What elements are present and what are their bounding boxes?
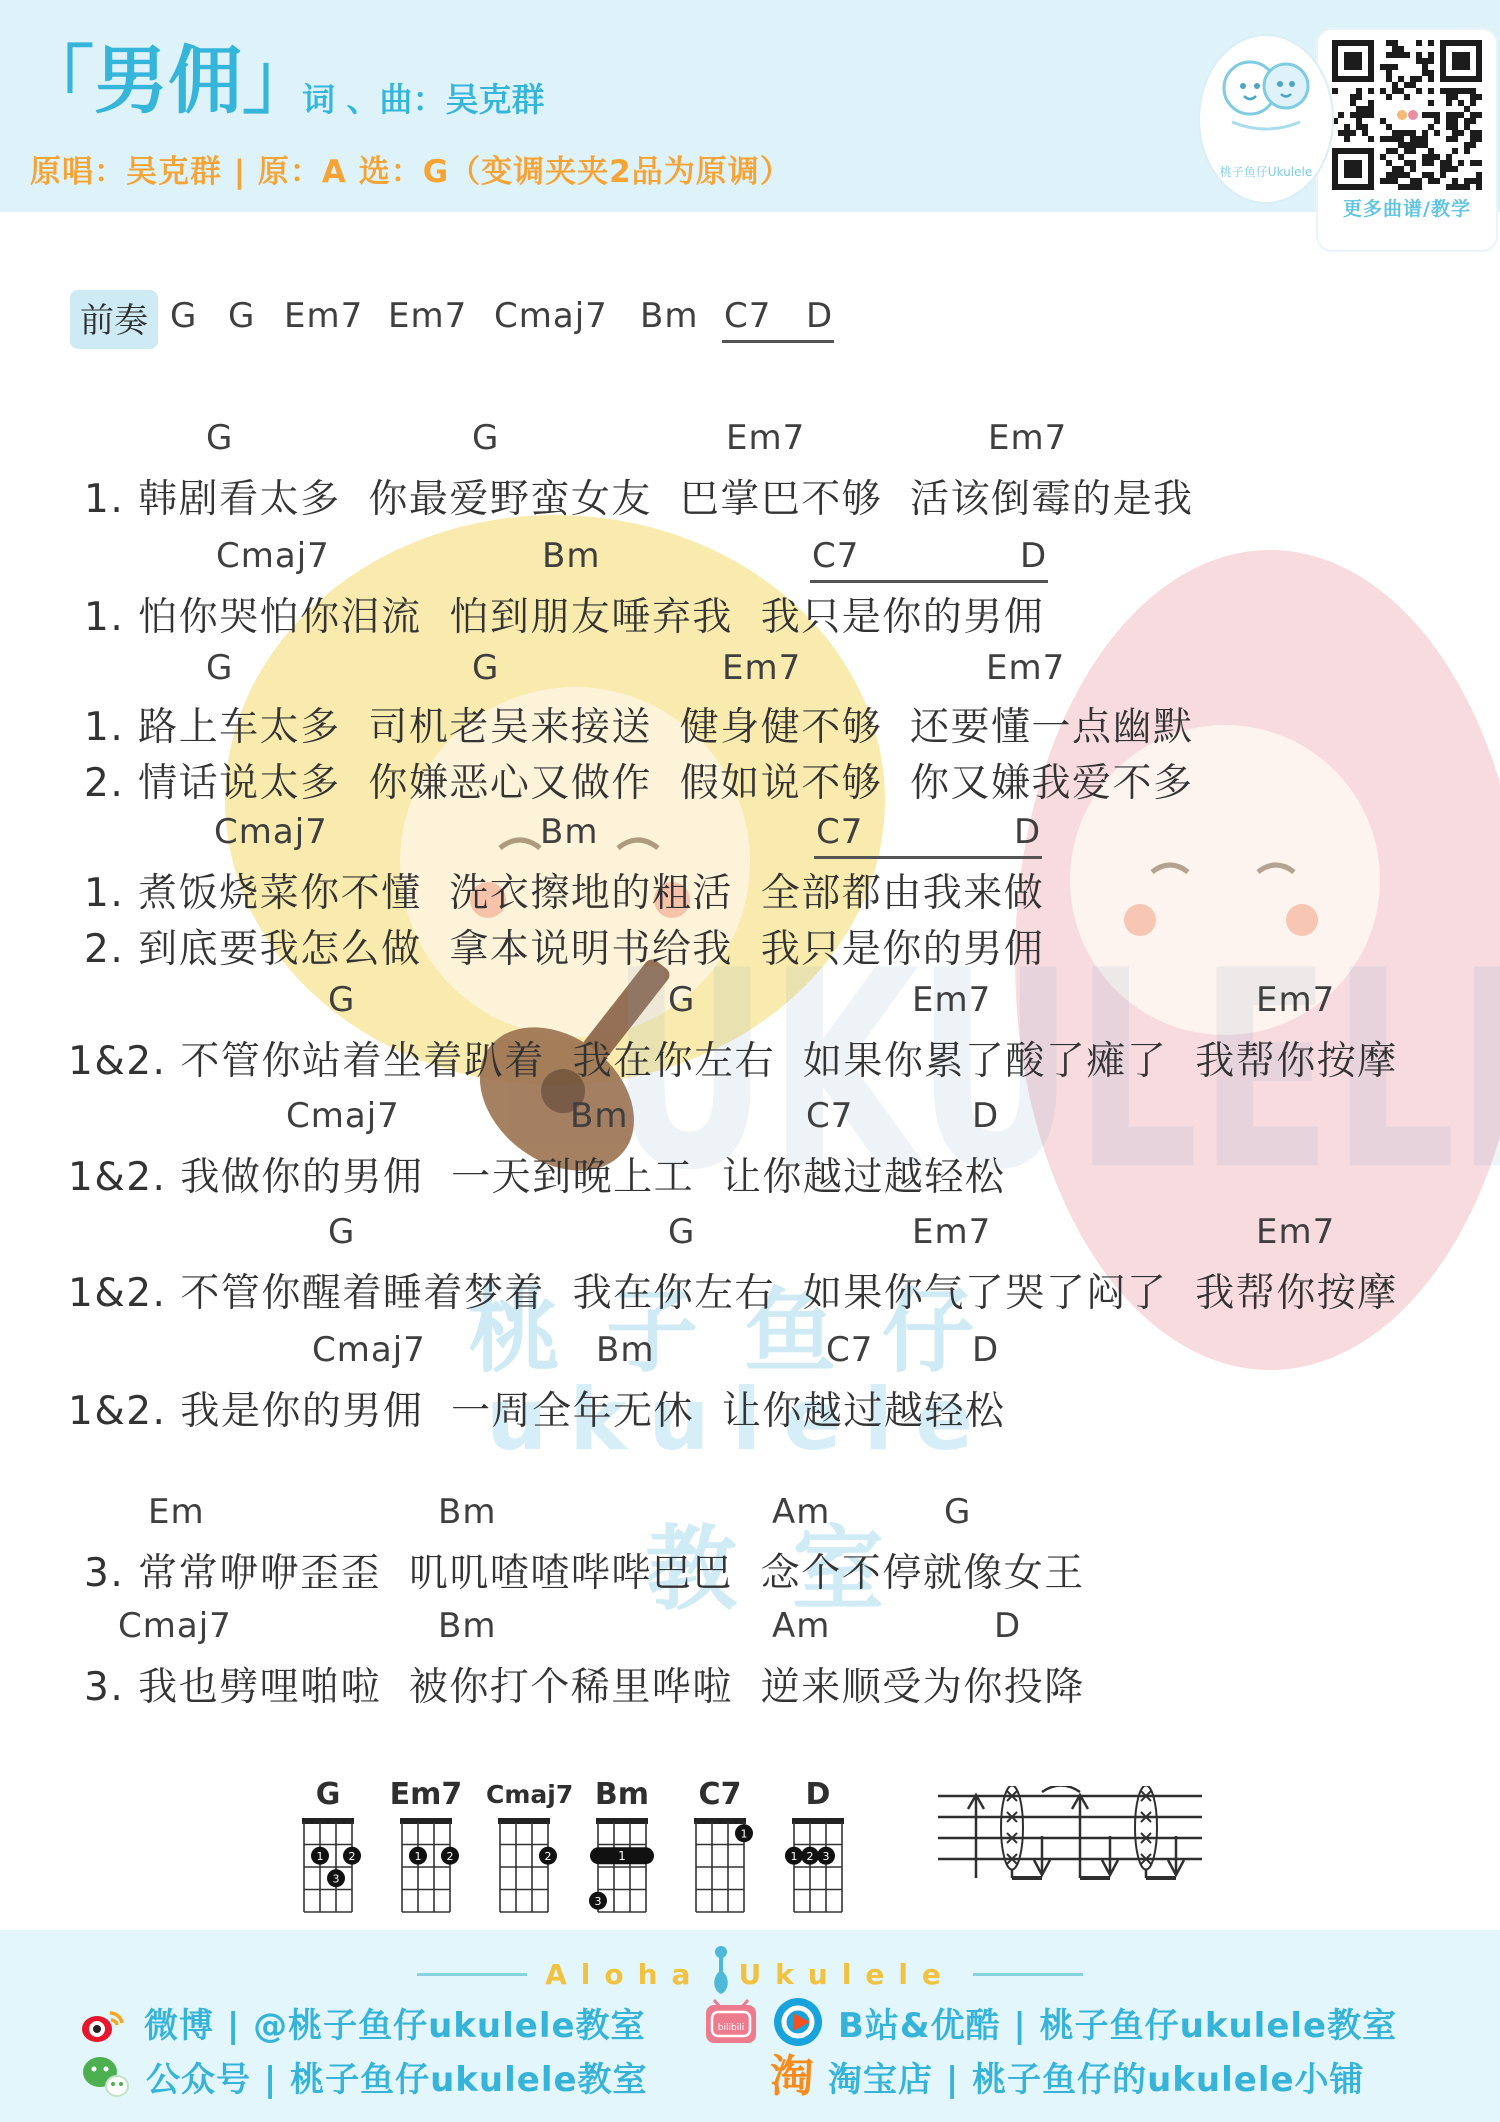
chord-diagram-label: Cmaj7	[486, 1776, 562, 1814]
lyric-line: 1. 路上车太多 司机老吴来接送 健身健不够 还要懂一点幽默	[84, 696, 1194, 752]
chord-label: G	[206, 418, 233, 458]
chord-label: C7	[826, 1330, 873, 1370]
chord-label: Cmaj7	[286, 1096, 400, 1136]
footer-weibo-label: 微博 | @桃子鱼仔ukulele教室	[144, 1998, 646, 2047]
chord-label: Bm	[540, 812, 598, 852]
key-info: 原唱：吴克群 | 原：A 选：G（变调夹夹2品为原调）	[30, 146, 792, 191]
chord-diagram-G: G123	[290, 1776, 366, 1922]
footer-bilibili-youku: bilibili B站&优酷 | 桃子鱼仔ukulele教室	[704, 1996, 1397, 2048]
aloha-dash-left	[417, 1973, 527, 1976]
chord-label: D	[972, 1330, 999, 1370]
chord-label: Am	[772, 1492, 830, 1532]
lyric-line: 3. 常常咿咿歪歪 叽叽喳喳哔哔巴巴 念个不停就像女王	[84, 1542, 1085, 1598]
chord-label: C7	[812, 536, 859, 576]
chord-label: C7	[806, 1096, 853, 1136]
svg-text:1: 1	[791, 1850, 798, 1863]
footer-taobao-label: 淘宝店 | 桃子鱼仔的ukulele小铺	[828, 2052, 1365, 2101]
chord-underline	[722, 340, 834, 343]
chord-label: C7	[816, 812, 863, 852]
svg-text:bilibili: bilibili	[718, 2023, 744, 2033]
chord-label: Am	[772, 1606, 830, 1646]
chord-diagram-Bm: Bm13	[584, 1776, 660, 1922]
lyric-line: 2. 情话说太多 你嫌恶心又做作 假如说不够 你又嫌我爱不多	[84, 752, 1194, 808]
qr-caption: 更多曲谱/教学	[1318, 194, 1496, 221]
chord-label: Em7	[912, 980, 991, 1020]
chord-label: D	[806, 296, 833, 336]
lyric-line: 3. 我也劈哩啪啦 被你打个稀里哗啦 逆来顺受为你投降	[84, 1656, 1085, 1712]
chord-diagram-label: Em7	[388, 1776, 464, 1814]
weibo-icon	[80, 2001, 130, 2045]
lyric-line: 1. 怕你哭怕你泪流 怕到朋友唾弃我 我只是你的男佣	[84, 586, 1044, 642]
chord-label: Em7	[726, 418, 805, 458]
chord-label: Em7	[722, 648, 801, 688]
chord-label: Cmaj7	[118, 1606, 232, 1646]
chord-label: Bm	[640, 296, 698, 336]
aloha-banner: AlohaUkulele	[0, 1946, 1500, 1996]
chord-label: Em7	[1256, 1212, 1335, 1252]
qr-code	[1332, 40, 1482, 190]
lyric-line: 1&2. 我是你的男佣 一周全年无休 让你越过越轻松	[68, 1380, 1005, 1436]
ukulele-icon	[710, 1946, 732, 1996]
svg-text:2: 2	[447, 1850, 454, 1863]
footer-wechat-label: 公众号 | 桃子鱼仔ukulele教室	[146, 2052, 648, 2101]
chord-label: G	[944, 1492, 971, 1532]
chord-diagram-label: D	[780, 1776, 856, 1814]
chord-label: Bm	[438, 1492, 496, 1532]
svg-text:2: 2	[349, 1850, 356, 1863]
chord-underline	[810, 580, 1048, 583]
footer-weibo: 微博 | @桃子鱼仔ukulele教室	[80, 1998, 646, 2047]
chord-label: G	[206, 648, 233, 688]
bilibili-icon: bilibili	[704, 1999, 758, 2045]
chord-label: Cmaj7	[216, 536, 330, 576]
chord-label: D	[972, 1096, 999, 1136]
svg-text:1: 1	[415, 1850, 422, 1863]
chord-label: Em7	[988, 418, 1067, 458]
lyric-line: 1&2. 不管你醒着睡着梦着 我在你左右 如果你气了哭了闷了 我帮你按摩	[68, 1262, 1398, 1318]
footer-bilibili-youku-label: B站&优酷 | 桃子鱼仔ukulele教室	[838, 1998, 1397, 2047]
chord-label: Bm	[596, 1330, 654, 1370]
lyric-line: 1&2. 不管你站着坐着趴着 我在你左右 如果你累了酸了瘫了 我帮你按摩	[68, 1030, 1398, 1086]
chord-label: Bm	[542, 536, 600, 576]
chord-label: C7	[724, 296, 771, 336]
lyric-line: 1. 韩剧看太多 你最爱野蛮女友 巴掌巴不够 活该倒霉的是我	[84, 468, 1194, 524]
chord-label: Em7	[986, 648, 1065, 688]
chord-label: G	[328, 980, 355, 1020]
chord-label: Em	[148, 1492, 205, 1532]
qr-panel: 更多曲谱/教学	[1318, 30, 1496, 250]
lyric-line: 2. 到底要我怎么做 拿本说明书给我 我只是你的男佣	[84, 918, 1044, 974]
chord-label: Bm	[570, 1096, 628, 1136]
svg-text:2: 2	[545, 1850, 552, 1863]
chord-sheet-page: UKULELE 桃子鱼仔 ukulele 教室 「男佣」 词 、曲：吴克群 原唱…	[0, 0, 1500, 2122]
chord-diagram-Em7: Em712	[388, 1776, 464, 1922]
aloha-left: Aloha	[545, 1958, 704, 1991]
chord-label: Cmaj7	[312, 1330, 426, 1370]
chord-label: D	[994, 1606, 1021, 1646]
chord-label: G	[170, 296, 197, 336]
chord-label: Em7	[1256, 980, 1335, 1020]
chord-label: Bm	[438, 1606, 496, 1646]
chord-label: Cmaj7	[494, 296, 608, 336]
chord-label: G	[668, 980, 695, 1020]
song-title: 「男佣」	[20, 22, 316, 128]
svg-text:2: 2	[807, 1850, 814, 1863]
chord-label: D	[1014, 812, 1041, 852]
chord-label: G	[472, 418, 499, 458]
wechat-icon	[80, 2054, 132, 2100]
svg-text:1: 1	[741, 1827, 748, 1840]
aloha-dash-right	[973, 1973, 1083, 1976]
strumming-pattern	[930, 1786, 1210, 1886]
chord-diagram-Cmaj7: Cmaj72	[486, 1776, 562, 1922]
svg-text:1: 1	[317, 1850, 324, 1863]
footer-taobao: 淘 淘宝店 | 桃子鱼仔的ukulele小铺	[770, 2052, 1365, 2101]
youku-icon	[772, 1996, 824, 2048]
svg-text:3: 3	[823, 1850, 830, 1863]
chord-label: Em7	[912, 1212, 991, 1252]
taobao-icon: 淘	[770, 2054, 814, 2100]
chord-label: Em7	[388, 296, 467, 336]
brand-logo-faces-icon	[1202, 36, 1330, 156]
chord-label: G	[472, 648, 499, 688]
lyric-line: 1&2. 我做你的男佣 一天到晚上工 让你越过越轻松	[68, 1146, 1005, 1202]
lyric-line: 1. 煮饭烧菜你不懂 洗衣擦地的粗活 全部都由我来做	[84, 862, 1044, 918]
chord-label: Cmaj7	[214, 812, 328, 852]
brand-logo-name: 桃子鱼仔Ukulele	[1200, 163, 1332, 180]
chord-label: G	[328, 1212, 355, 1252]
svg-text:3: 3	[595, 1895, 602, 1908]
footer-wechat: 公众号 | 桃子鱼仔ukulele教室	[80, 2052, 648, 2101]
chord-label: Em7	[284, 296, 363, 336]
chord-label: G	[668, 1212, 695, 1252]
chord-label: D	[1020, 536, 1047, 576]
svg-text:3: 3	[333, 1872, 340, 1885]
chord-underline	[814, 856, 1042, 859]
chord-diagram-label: Bm	[584, 1776, 660, 1814]
chord-diagram-C7: C71	[682, 1776, 758, 1922]
svg-text:1: 1	[618, 1849, 626, 1863]
chord-diagram-label: G	[290, 1776, 366, 1814]
chord-diagram-D: D123	[780, 1776, 856, 1922]
chord-diagram-label: C7	[682, 1776, 758, 1814]
brand-logo: 桃子鱼仔Ukulele	[1198, 34, 1334, 204]
song-credits: 词 、曲：吴克群	[302, 74, 545, 121]
aloha-right: Ukulele	[738, 1958, 954, 1991]
chord-label: G	[228, 296, 255, 336]
